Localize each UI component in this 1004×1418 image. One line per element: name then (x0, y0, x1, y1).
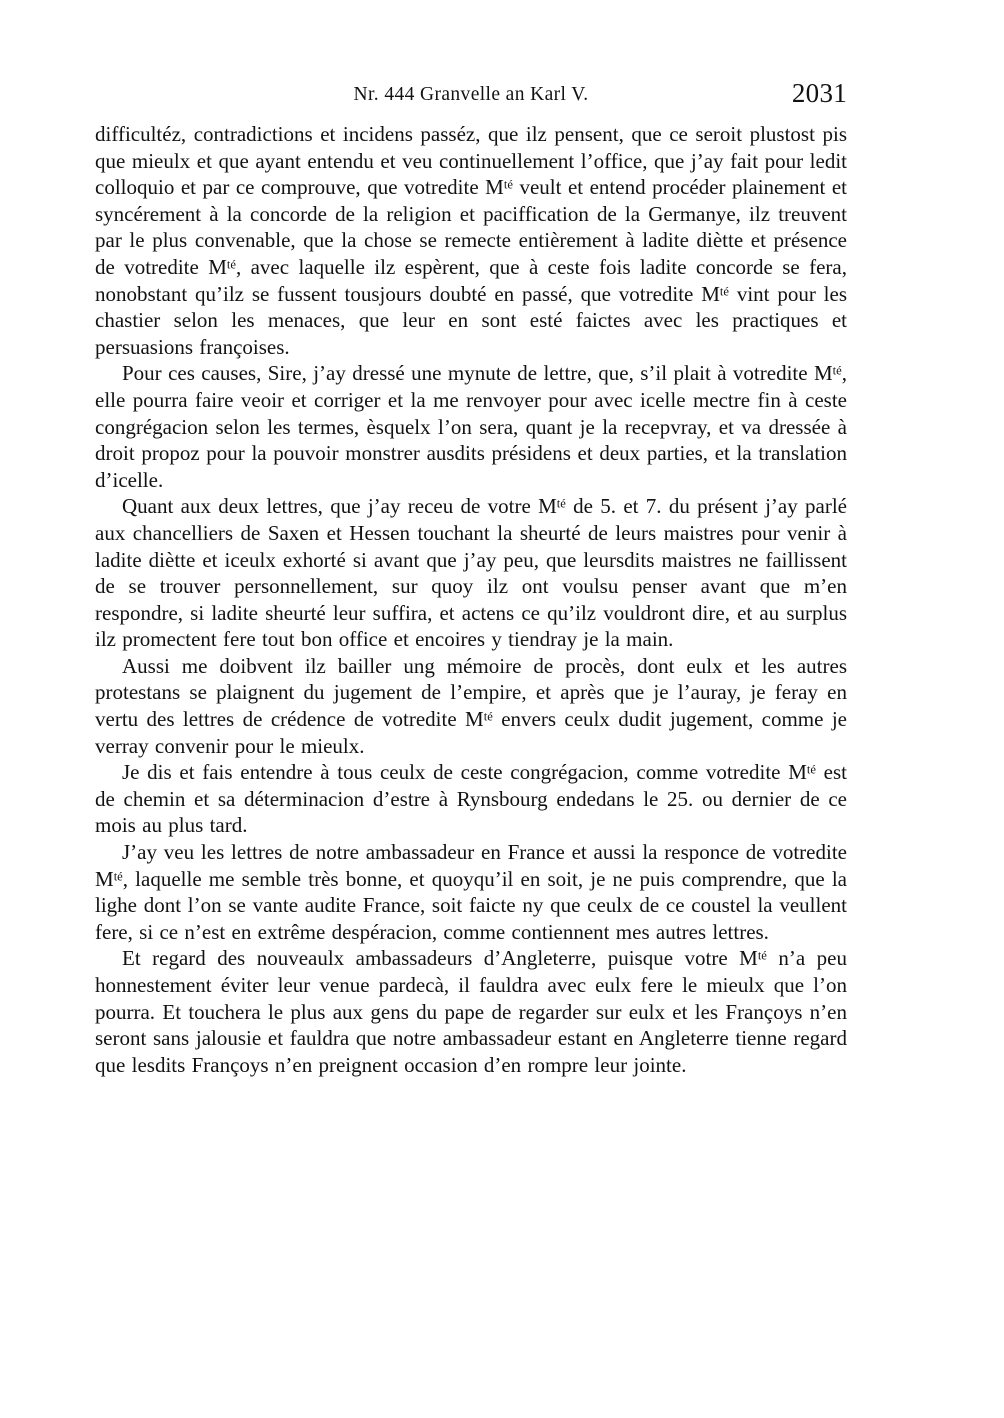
page-number: 2031 (792, 78, 847, 109)
paragraph: Quant aux deux lettres, que j’ay receu d… (95, 493, 847, 653)
paragraph: Pour ces causes, Sire, j’ay dressé une m… (95, 360, 847, 493)
running-title: Nr. 444 Granvelle an Karl V. (95, 84, 847, 106)
paragraph: Je dis et fais entendre à tous ceulx de … (95, 759, 847, 839)
book-page: Nr. 444 Granvelle an Karl V. 2031 diffic… (0, 0, 1004, 1418)
paragraph: Et regard des nouveaulx ambassadeurs d’A… (95, 945, 847, 1078)
paragraph: J’ay veu les lettres de notre ambassadeu… (95, 839, 847, 945)
text-column: Nr. 444 Granvelle an Karl V. 2031 diffic… (95, 78, 847, 1078)
page-header: Nr. 444 Granvelle an Karl V. 2031 (95, 78, 847, 110)
paragraph: Aussi me doibvent ilz bailler ung mémoir… (95, 653, 847, 759)
letter-body: difficultéz, contradictions et incidens … (95, 121, 847, 1078)
paragraph: difficultéz, contradictions et incidens … (95, 121, 847, 360)
